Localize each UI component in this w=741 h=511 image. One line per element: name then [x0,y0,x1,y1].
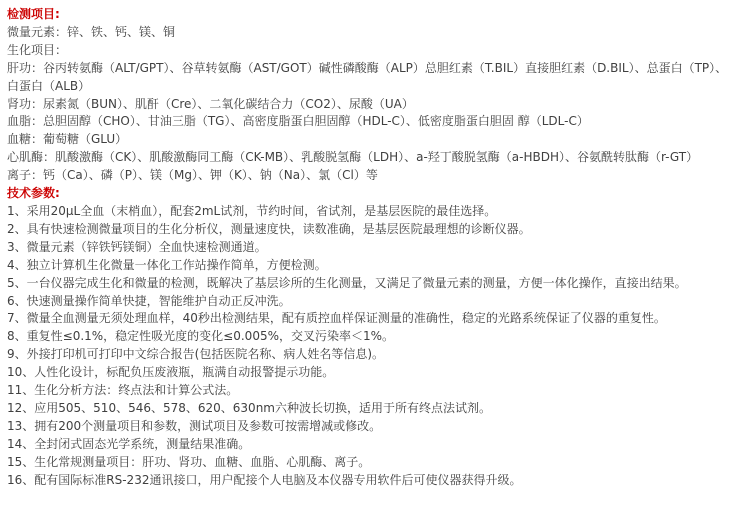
section-heading-detection-items: 检测项目: [7,6,734,24]
tech-param-item-5: 5、一台仪器完成生化和微量的检测，既解决了基层诊所的生化测量，又满足了微量元素的… [7,275,734,293]
tech-param-item-3: 3、微量元素（锌铁钙镁铜）全血快速检测通道。 [7,239,734,257]
detection-line-trace-elements: 微量元素：锌、铁、钙、镁、铜 [7,24,734,42]
detection-line-ions: 离子：钙（Ca）、磷（P）、镁（Mg）、钾（K）、钠（Na）、氯（Cl）等 [7,167,734,185]
detection-line-biochem-items: 生化项目： [7,42,734,60]
detection-line-blood-lipids: 血脂：总胆固醇（CHO）、甘油三脂（TG）、高密度脂蛋白胆固醇（HDL-C）、低… [7,113,734,131]
tech-param-item-14: 14、全封闭式固态光学系统，测量结果准确。 [7,436,734,454]
tech-param-item-10: 10、人性化设计，标配负压废液瓶，瓶满自动报警提示功能。 [7,364,734,382]
tech-param-item-8: 8、重复性≤0.1%，稳定性吸光度的变化≤0.005%，交叉污染率＜1%。 [7,328,734,346]
tech-param-item-12: 12、应用505、510、546、578、620、630nm六种波长切换，适用于… [7,400,734,418]
detection-line-liver: 肝功：谷丙转氨酶（ALT/GPT）、谷草转氨酶（AST/GOT）碱性磷酸酶（AL… [7,60,734,96]
tech-param-item-15: 15、生化常规测量项目：肝功、肾功、血糖、血脂、心肌酶、离子。 [7,454,734,472]
detection-line-kidney: 肾功：尿素氮（BUN）、肌酐（Cre）、二氧化碳结合力（CO2）、尿酸（UA） [7,96,734,114]
tech-param-item-6: 6、快速测量操作简单快捷，智能维护自动正反冲洗。 [7,293,734,311]
tech-param-item-13: 13、拥有200个测量项目和参数，测试项目及参数可按需增减或修改。 [7,418,734,436]
detection-line-blood-glucose: 血糖：葡萄糖（GLU） [7,131,734,149]
tech-param-item-1: 1、采用20μL全血（末梢血），配套2mL试剂，节约时间，省试剂，是基层医院的最… [7,203,734,221]
detection-line-cardiac-enzymes: 心肌酶：肌酸激酶（CK）、肌酸激酶同工酶（CK-MB）、乳酸脱氢酶（LDH）、a… [7,149,734,167]
section-heading-tech-params: 技术参数: [7,185,734,203]
tech-param-item-16: 16、配有国际标准RS-232通讯接口，用户配接个人电脑及本仪器专用软件后可使仪… [7,472,734,490]
tech-param-item-4: 4、独立计算机生化微量一体化工作站操作简单，方便检测。 [7,257,734,275]
tech-param-item-11: 11、生化分析方法：终点法和计算公式法。 [7,382,734,400]
tech-param-item-9: 9、外接打印机可打印中文综合报告(包括医院名称、病人姓名等信息)。 [7,346,734,364]
tech-param-item-2: 2、具有快速检测微量项目的生化分析仪，测量速度快，读数准确，是基层医院最理想的诊… [7,221,734,239]
spec-document: 检测项目: 微量元素：锌、铁、钙、镁、铜 生化项目： 肝功：谷丙转氨酶（ALT/… [0,0,741,511]
tech-param-item-7: 7、微量全血测量无须处理血样，40秒出检测结果，配有质控血样保证测量的准确性，稳… [7,310,734,328]
